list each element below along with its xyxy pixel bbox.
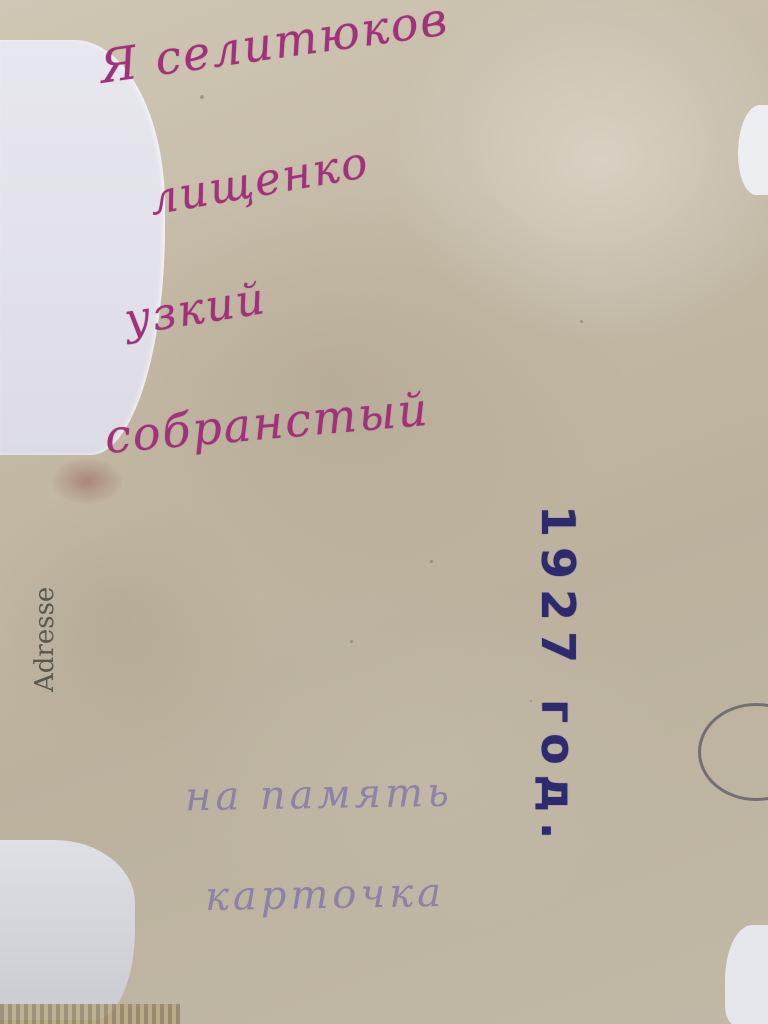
pencil-circle-mark: [698, 703, 768, 801]
paper-speck: [200, 95, 204, 99]
torn-paper-patch-right-bottom: [725, 925, 768, 1024]
torn-paper-patch-left: [0, 40, 165, 455]
ink-stain: [52, 458, 122, 504]
handwriting-line-4: собранстый: [103, 382, 432, 464]
postcard-back: Я селитюков лищенко узкий собранстый 192…: [0, 0, 768, 1024]
handwriting-line-1: Я селитюков: [96, 0, 452, 94]
torn-paper-patch-bottom-left: [0, 840, 135, 1020]
handwriting-line-2: лищенко: [146, 137, 374, 226]
printed-address-label: Adresse: [30, 587, 60, 692]
torn-paper-patch-right-top: [738, 105, 768, 195]
background-fabric: [0, 1004, 180, 1024]
paper-speck: [350, 640, 353, 643]
paper-speck: [580, 320, 583, 323]
pencil-line-2: карточка: [205, 870, 446, 920]
pencil-line-1: на память: [185, 770, 454, 821]
year-inscription: 1927 год.: [531, 505, 585, 849]
paper-speck: [430, 560, 433, 563]
